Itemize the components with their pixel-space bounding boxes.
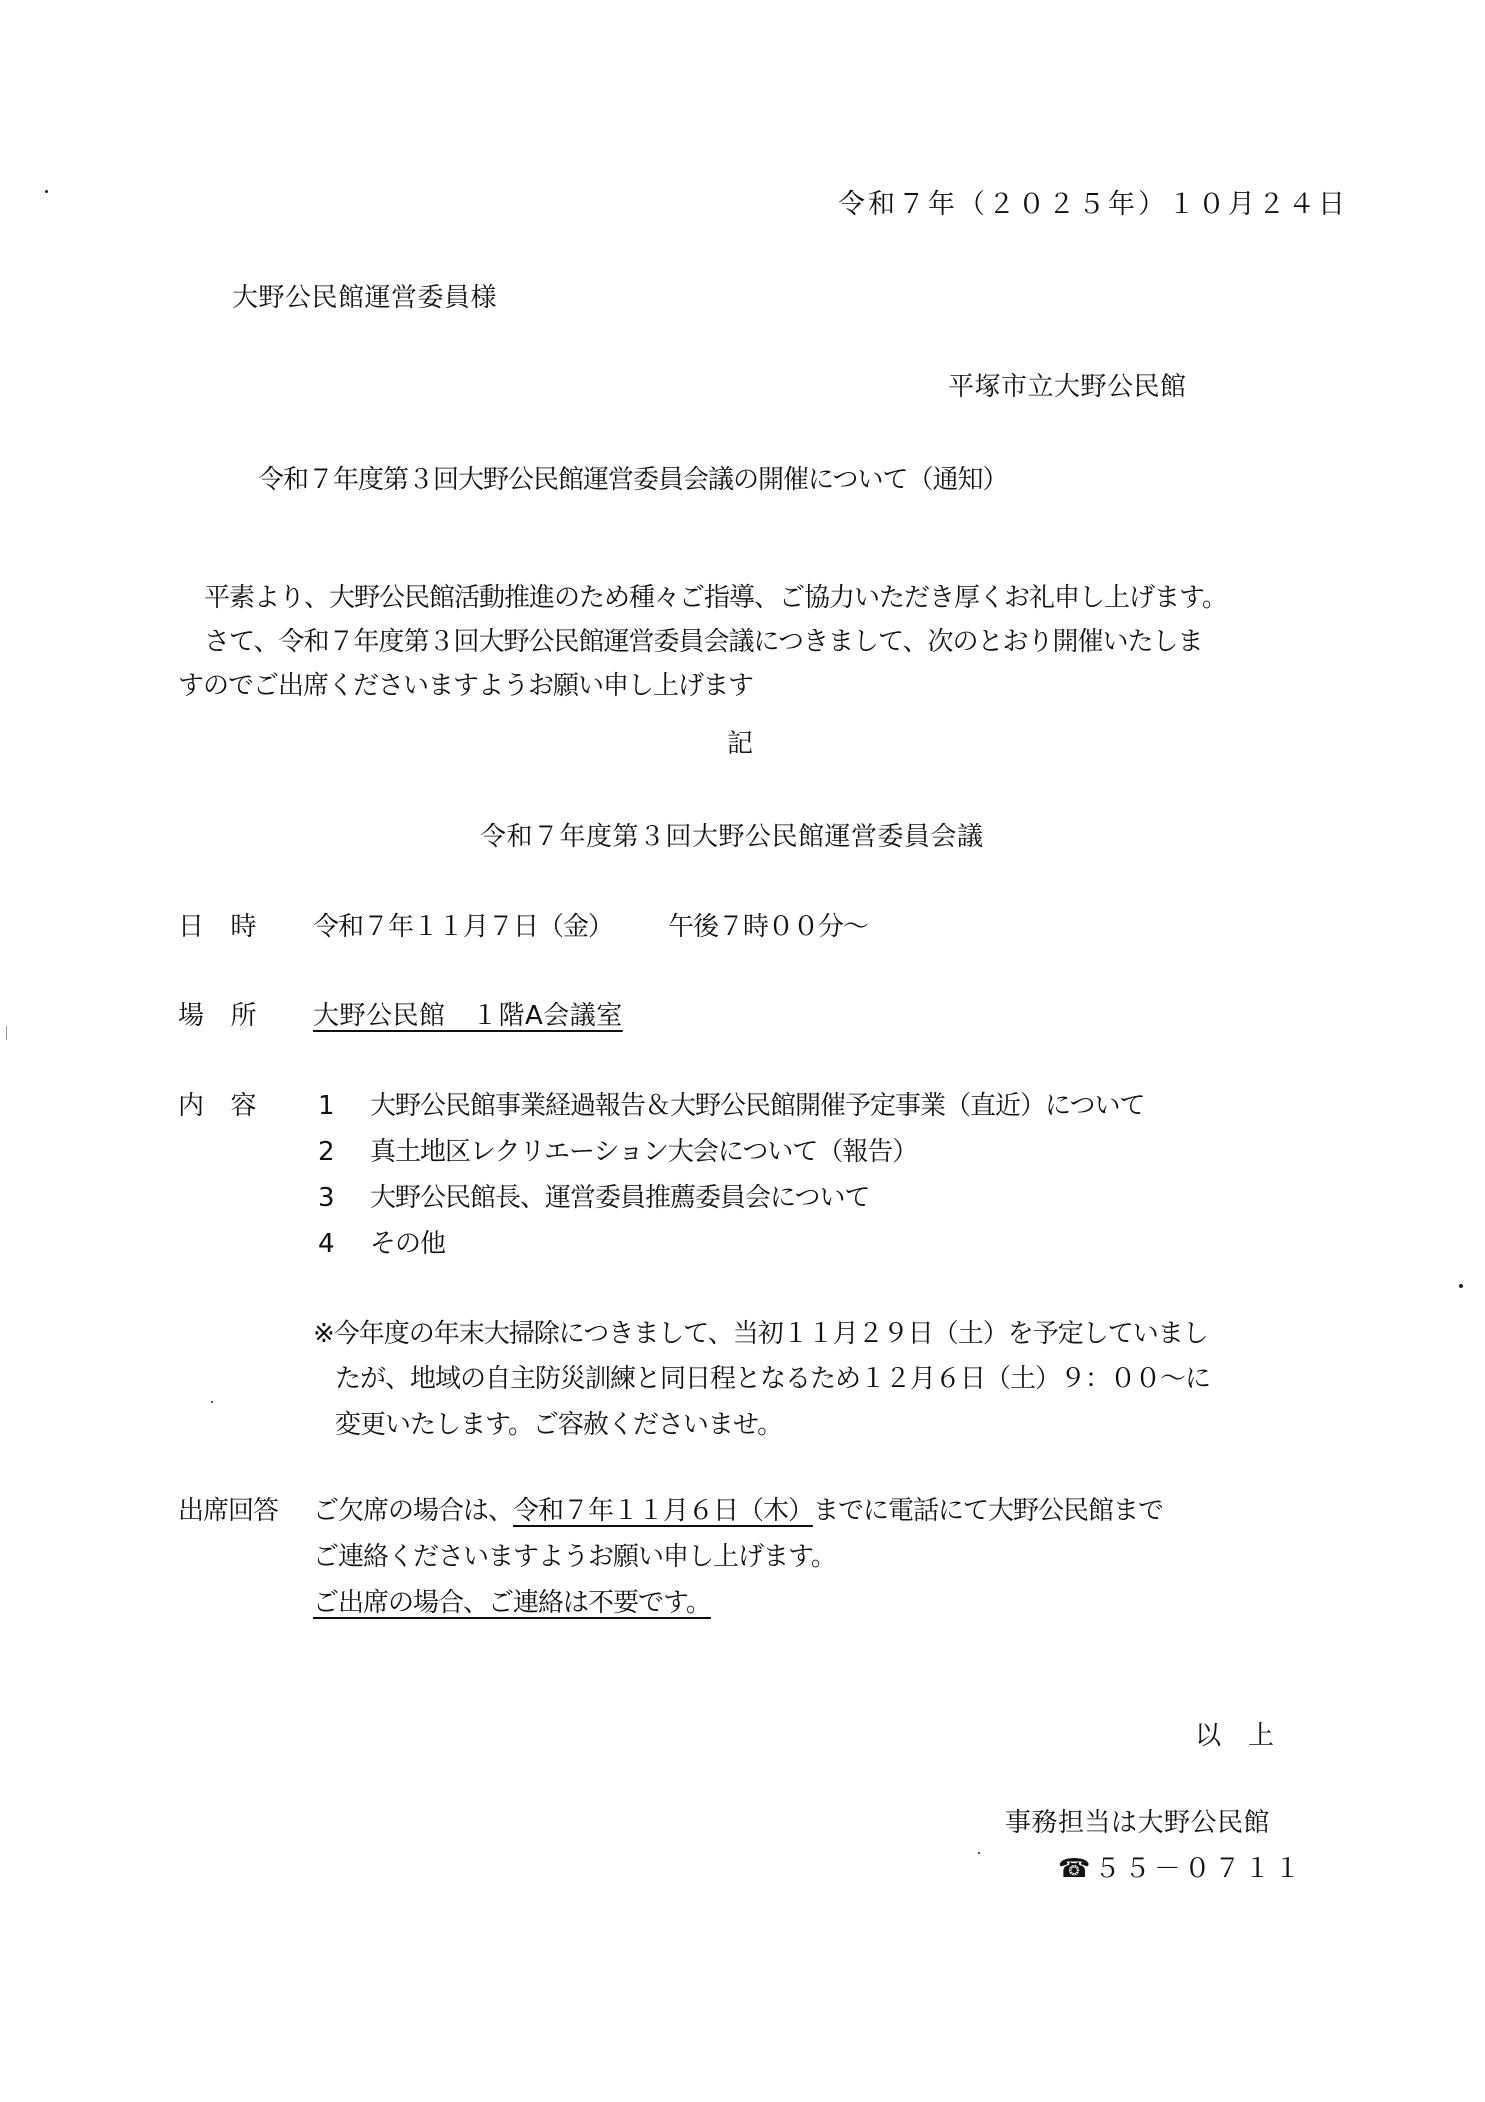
label-char: 日: [178, 912, 205, 942]
agenda-text: 真土地区レクリエーション大会について（報告）: [370, 1137, 917, 1167]
agenda-number: 2: [318, 1135, 370, 1169]
cleaning-notice-line-1: ※今年度の年末大掃除につきまして、当初１１月２９日（土）を予定していまし: [313, 1317, 1208, 1351]
rsvp-label: 出席回答: [178, 1494, 278, 1528]
agenda-item: 1大野公民館事業経過報告＆大野公民館開催予定事業（直近）について: [318, 1089, 1144, 1123]
meeting-time: 午後７時００分～: [668, 910, 868, 944]
cleaning-notice-line-2: たが、地域の自主防災訓練と同日程となるため１２月６日（土）９：００～に: [335, 1362, 1210, 1396]
meeting-date: 令和７年１１月７日（金）: [313, 910, 613, 944]
phone-number: ５５－０７１１: [1094, 1854, 1304, 1884]
agenda-item: 3大野公民館長、運営委員推薦委員会について: [318, 1181, 869, 1215]
agenda-number: 3: [318, 1181, 370, 1215]
rsvp-line-1: ご欠席の場合は、令和７年１１月６日（木）までに電話にて大野公民館まで: [313, 1494, 1163, 1528]
label-char: 内: [178, 1091, 205, 1121]
agenda-text: 大野公民館事業経過報告＆大野公民館開催予定事業（直近）について: [370, 1091, 1144, 1121]
scan-speck: [211, 1401, 213, 1403]
phone-icon: ☎: [1058, 1854, 1094, 1884]
body-paragraph-3: すのでご出席くださいますようお願い申し上げます: [178, 669, 753, 703]
rsvp-line-3: ご出席の場合、ご連絡は不要です。: [313, 1586, 711, 1620]
contact-office: 事務担当は大野公民館: [1005, 1806, 1270, 1840]
content-label: 内容: [178, 1089, 257, 1123]
rsvp-text: ご欠席の場合は、: [313, 1496, 513, 1526]
agenda-item: 2真土地区レクリエーション大会について（報告）: [318, 1135, 917, 1169]
label-char: 場: [178, 1001, 205, 1031]
document-date: 令和７年（２０２５年）１０月２４日: [838, 188, 1348, 222]
scan-speck: [978, 1852, 980, 1854]
body-paragraph-1: 平素より、大野公民館活動推進のため種々ご指導、ご協力いただき厚くお礼申し上げます…: [204, 581, 1227, 615]
label-char: 容: [231, 1091, 258, 1121]
document-page: 令和７年（２０２５年）１０月２４日 大野公民館運営委員様 平塚市立大野公民館 令…: [0, 0, 1485, 2102]
sender: 平塚市立大野公民館: [948, 370, 1187, 404]
closing-mark: 以 上: [1195, 1719, 1275, 1753]
scan-speck: [1459, 1284, 1463, 1288]
agenda-text: その他: [370, 1229, 445, 1259]
recipient: 大野公民館運営委員様: [232, 281, 497, 315]
datetime-label: 日時: [178, 910, 257, 944]
meeting-place: 大野公民館 １階A会議室: [313, 999, 623, 1033]
body-paragraph-2: さて、令和７年度第３回大野公民館運営委員会議につきまして、次のとおり開催いたしま: [204, 625, 1202, 659]
agenda-text: 大野公民館長、運営委員推薦委員会について: [370, 1183, 869, 1213]
contact-phone: ☎５５－０７１１: [1058, 1852, 1304, 1886]
rsvp-line-2: ご連絡くださいますようお願い申し上げます。: [313, 1540, 836, 1574]
scan-speck: [45, 190, 48, 193]
label-char: 所: [231, 1001, 258, 1031]
agenda-number: 1: [318, 1089, 370, 1123]
label-char: 時: [231, 912, 258, 942]
agenda-item: 4その他: [318, 1227, 445, 1261]
ki-mark: 記: [727, 727, 754, 761]
agenda-number: 4: [318, 1227, 370, 1261]
rsvp-text: までに電話にて大野公民館まで: [813, 1496, 1163, 1526]
cleaning-notice-line-3: 変更いたします。ご容赦くださいませ。: [335, 1408, 782, 1442]
scan-mark: [6, 1026, 7, 1040]
place-label: 場所: [178, 999, 257, 1033]
subject-title: 令和７年度第３回大野公民館運営委員会議の開催について（通知）: [258, 463, 1007, 497]
meeting-title: 令和７年度第３回大野公民館運営委員会議: [480, 820, 984, 854]
rsvp-deadline: 令和７年１１月６日（木）: [513, 1496, 813, 1526]
